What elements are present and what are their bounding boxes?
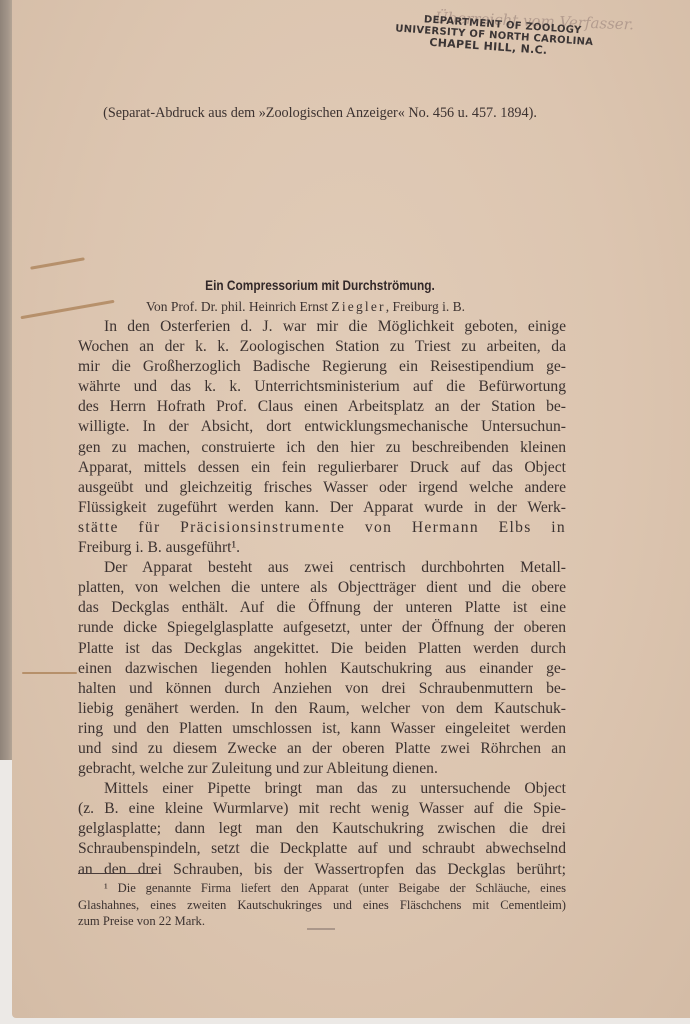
- text-line: ring und den Platten umschlossen ist, ka…: [78, 719, 566, 739]
- text-line: Flüssigkeit zugeführt werden kann. Der A…: [78, 498, 566, 518]
- footnote-line: Glashahnes, eines zweiten Kautschukringe…: [78, 897, 566, 914]
- text-line: platten, von welchen die untere als Obje…: [78, 578, 566, 598]
- text-line: Platte ist das Deckglas angekittet. Die …: [78, 639, 566, 659]
- text-line: währte und das k. k. Unterrichtsminister…: [78, 377, 566, 397]
- text-line: Apparat, mittels dessen ein fein regulie…: [78, 458, 566, 478]
- footnote-line: ¹ Die genannte Firma liefert den Apparat…: [78, 880, 566, 897]
- text-line: Mittels einer Pipette bringt man das zu …: [78, 779, 566, 799]
- text-line: willigte. In der Absicht, dort entwicklu…: [78, 417, 566, 437]
- text-line: ausgeübt und gleichzeitig frisches Wasse…: [78, 478, 566, 498]
- text-line: mir die Großherzoglich Badische Regierun…: [78, 357, 566, 377]
- stain-mark: [30, 257, 85, 270]
- text-line: Wochen an der k. k. Zoologischen Station…: [78, 337, 566, 357]
- ink-smudge: [307, 928, 335, 930]
- text-line: runde dicke Spiegelglasplatte aufgesetzt…: [78, 618, 566, 638]
- text-line: Der Apparat besteht aus zwei centrisch d…: [78, 558, 566, 578]
- text-line: In den Osterferien d. J. war mir die Mög…: [78, 317, 566, 337]
- text-line: einen dazwischen liegenden hohlen Kautsc…: [78, 659, 566, 679]
- article-author: Von Prof. Dr. phil. Heinrich Ernst Ziegl…: [146, 299, 586, 315]
- footnote: ¹ Die genannte Firma liefert den Apparat…: [78, 880, 566, 930]
- text-line: Schraubenspindeln, setzt die Deckplatte …: [78, 839, 566, 859]
- author-suffix: , Freiburg i. B.: [386, 299, 465, 314]
- text-line: stätte für Präcisionsinstrumente von Her…: [78, 518, 566, 538]
- text-line: halten und können durch Anziehen von dre…: [78, 679, 566, 699]
- text-line: (z. B. eine kleine Wurmlarve) mit recht …: [78, 799, 566, 819]
- footnote-divider: [78, 873, 153, 874]
- paragraph-2: Der Apparat besteht aus zwei centrisch d…: [78, 558, 566, 779]
- paragraph-3: Mittels einer Pipette bringt man das zu …: [78, 779, 566, 879]
- text-line: das Deckglas enthält. Auf die Öffnung de…: [78, 598, 566, 618]
- article-body: In den Osterferien d. J. war mir die Mög…: [78, 317, 566, 880]
- text-line: gelglasplatte; dann legt man den Kautsch…: [78, 819, 566, 839]
- text-line: liebig genähert werden. In den Raum, wel…: [78, 699, 566, 719]
- text-line: gen zu machen, construierte ich den hier…: [78, 438, 566, 458]
- author-prefix: Von Prof. Dr. phil. Heinrich Ernst: [146, 299, 331, 314]
- stain-mark: [22, 672, 77, 674]
- text-line: des Herrn Hofrath Prof. Claus einen Arbe…: [78, 397, 566, 417]
- author-name: Ziegler: [331, 299, 385, 314]
- text-line: an den drei Schrauben, bis der Wassertro…: [78, 860, 566, 880]
- text-line: Freiburg i. B. ausgeführt¹.: [78, 538, 566, 558]
- text-line: und sind zu diesem Zwecke an der oberen …: [78, 739, 566, 759]
- text-line: gebracht, welche zur Zuleitung und zur A…: [78, 759, 566, 779]
- article-title: Ein Compressorium mit Durchströmung.: [91, 278, 549, 293]
- reprint-note: (Separat-Abdruck aus dem »Zoologischen A…: [60, 105, 580, 122]
- paragraph-1: In den Osterferien d. J. war mir die Mög…: [78, 317, 566, 558]
